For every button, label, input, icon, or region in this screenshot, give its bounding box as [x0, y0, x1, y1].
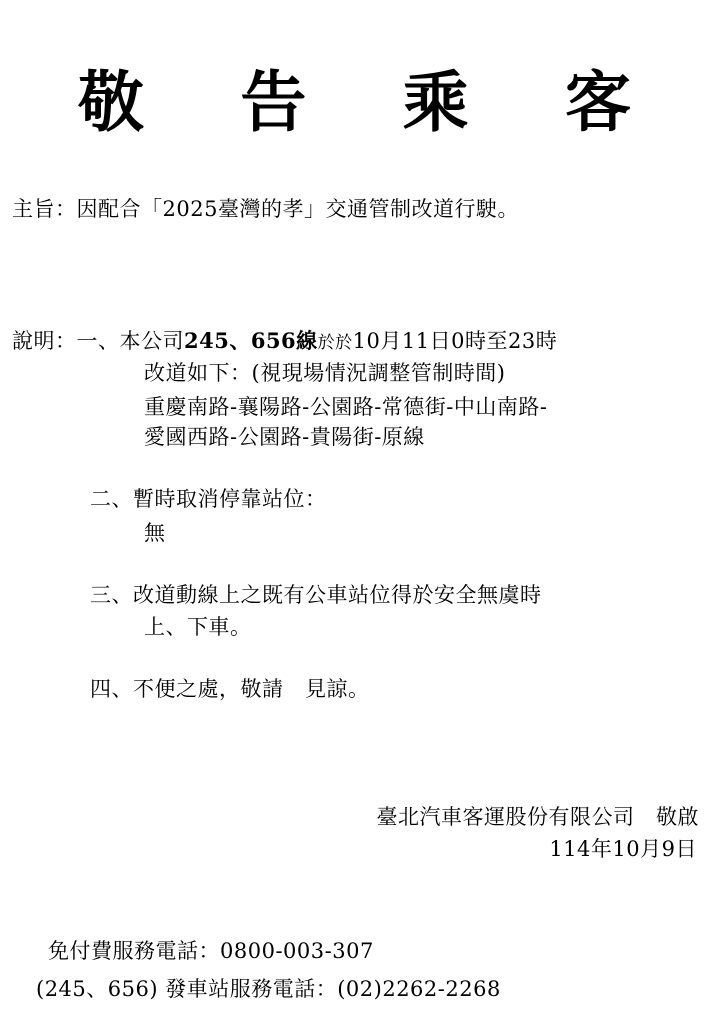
signature-company: 臺北汽車客運股份有限公司 敬啟	[377, 802, 700, 832]
description-item-1-line-1: 說明：一、本公司245、656線於於10月11日0時至23時	[12, 326, 557, 358]
station-phone: (245、656) 發車站服務電話：(02)2262-2268	[36, 974, 501, 1004]
description-item-2-line-1: 二、暫時取消停靠站位：	[90, 484, 327, 514]
title-char-4: 客	[565, 62, 631, 142]
description-label: 說明：	[12, 329, 77, 353]
route-numbers: 245、656線	[184, 328, 318, 353]
description-item-1-line-3: 重慶南路-襄陽路-公園路-常德街-中山南路-	[144, 392, 547, 422]
description-item-1-line-4: 愛國西路-公園路-貴陽街-原線	[144, 422, 425, 452]
title-char-1: 敬	[78, 62, 144, 142]
subject-label: 主旨：	[12, 197, 77, 221]
signature-date: 114年10月9日	[549, 834, 697, 864]
item-text: 改道動線上之既有公車站位得於安全無虞時	[133, 583, 542, 607]
subject-text: 因配合「2025臺灣的孝」交通管制改道行駛。	[77, 197, 519, 221]
notice-title: 敬 告 乘 客	[0, 62, 709, 142]
title-char-2: 告	[240, 62, 306, 142]
description-item-2-line-2: 無	[144, 518, 166, 548]
item-number: 一、	[77, 329, 120, 353]
description-item-3-line-1: 三、改道動線上之既有公車站位得於安全無虞時	[90, 580, 542, 610]
description-item-4-line-1: 四、不便之處，敬請 見諒。	[90, 674, 370, 704]
item-text: 10月11日0時至23時	[353, 329, 558, 353]
item-text: 不便之處，敬請 見諒。	[133, 677, 370, 701]
item-text: 於於	[318, 333, 353, 353]
item-number: 二、	[90, 487, 133, 511]
item-number: 四、	[90, 677, 133, 701]
toll-free-phone: 免付費服務電話：0800-003-307	[48, 936, 374, 966]
item-number: 三、	[90, 583, 133, 607]
description-item-3-line-2: 上、下車。	[144, 612, 252, 642]
item-text: 暫時取消停靠站位：	[133, 487, 327, 511]
description-item-1-line-2: 改道如下：(視現場情況調整管制時間)	[144, 358, 505, 388]
item-text: 本公司	[120, 329, 185, 353]
title-char-3: 乘	[403, 62, 469, 142]
subject-line: 主旨：因配合「2025臺灣的孝」交通管制改道行駛。	[12, 194, 519, 224]
